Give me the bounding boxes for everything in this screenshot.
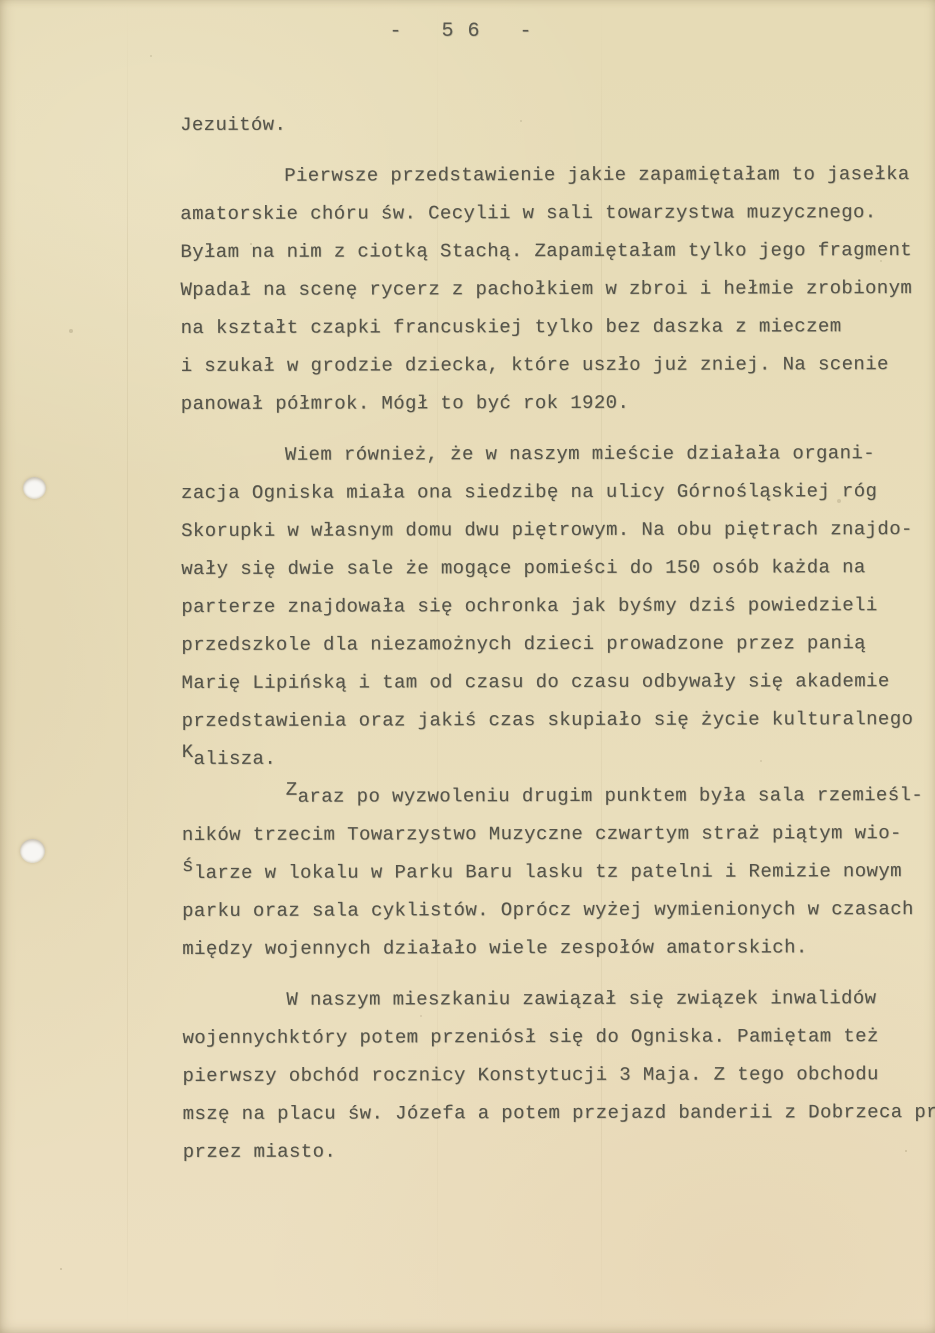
- text-line: pierwszy obchód rocznicy Konstytucji 3 M…: [182, 1055, 930, 1095]
- text-line: Pierwsze przedstawienie jakie zapamiętał…: [180, 155, 928, 195]
- text-line: Jezuitów.: [180, 104, 928, 144]
- raised-letter: Z: [286, 771, 298, 809]
- paragraph: Pierwsze przedstawienie jakie zapamiętał…: [180, 155, 929, 423]
- document-page: - 56 - Jezuitów.Pierwsze przedstawienie …: [0, 0, 935, 1333]
- text-line: przez miasto.: [183, 1131, 931, 1171]
- text-line: ników trzecim Towarzystwo Muzyczne czwar…: [182, 814, 930, 854]
- text-line: zacja Ogniska miała ona siedzibę na ulic…: [181, 472, 929, 512]
- text-line: przedstawienia oraz jakiś czas skupiało …: [182, 700, 930, 740]
- text-line: między wojennych działało wiele zespołów…: [182, 928, 930, 968]
- raised-letter: K: [182, 733, 194, 771]
- paragraph: Zaraz po wyzwoleniu drugim punktem była …: [182, 776, 930, 968]
- text-line: Skorupki w własnym domu dwu piętrowym. N…: [181, 510, 929, 550]
- text-line: Wiem również, że w naszym mieście działa…: [181, 434, 929, 474]
- paragraph: W naszym mieszkaniu zawiązał się związek…: [182, 979, 930, 1171]
- paragraph: Wiem również, że w naszym mieście działa…: [181, 434, 930, 778]
- typewritten-text: Jezuitów.Pierwsze przedstawienie jakie z…: [180, 104, 931, 1171]
- punch-hole-top: [23, 477, 46, 499]
- raised-letter: ś: [182, 847, 194, 885]
- text-line: mszę na placu św. Józefa a potem przejaz…: [183, 1093, 931, 1133]
- text-line: Marię Lipińską i tam od czasu do czasu o…: [181, 662, 929, 702]
- text-line: parku oraz sala cyklistów. Oprócz wyżej …: [182, 890, 930, 930]
- fold-line: [437, 0, 438, 1333]
- text-line: Wpadał na scenę rycerz z pachołkiem w zb…: [180, 269, 928, 309]
- fold-line: [601, 0, 602, 1333]
- text-line: Zaraz po wyzwoleniu drugim punktem była …: [182, 776, 930, 816]
- paragraph: Jezuitów.: [180, 104, 928, 144]
- text-line: parterze znajdowała się ochronka jak byś…: [181, 586, 929, 626]
- page-number: - 56 -: [0, 20, 935, 43]
- text-line: na kształt czapki francuskiej tylko bez …: [181, 307, 929, 347]
- text-line: wojennychktóry potem przeniósł się do Og…: [182, 1017, 930, 1057]
- text-line: Byłam na nim z ciotką Stachą. Zapamiętał…: [180, 231, 928, 271]
- text-line: i szukał w grodzie dziecka, które uszło …: [181, 345, 929, 385]
- paper-specks: [0, 0, 2, 2]
- fold-line: [127, 0, 128, 1333]
- text-line: amatorskie chóru św. Cecylii w sali towa…: [180, 193, 928, 233]
- text-line: przedszkole dla niezamożnych dzieci prow…: [181, 624, 929, 664]
- text-line: wały się dwie sale że mogące pomieści do…: [181, 548, 929, 588]
- text-line: panował półmrok. Mógł to być rok 1920.: [181, 383, 929, 423]
- text-line: ślarze w lokalu w Parku Baru lasku tz pa…: [182, 852, 930, 892]
- text-line: W naszym mieszkaniu zawiązał się związek…: [182, 979, 930, 1019]
- punch-hole-bottom: [20, 839, 45, 863]
